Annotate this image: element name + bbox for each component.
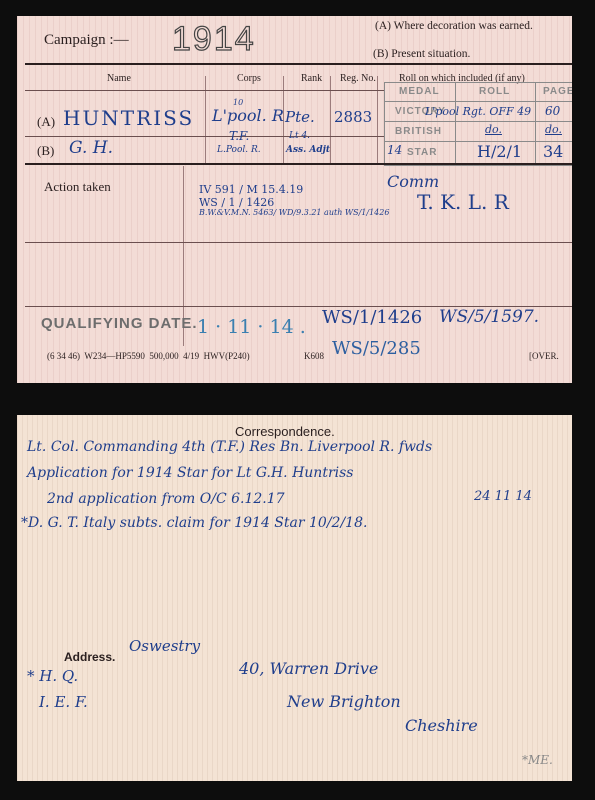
roll-table: MEDAL ROLL PAGE VICTORY L'pool Rgt. OFF … — [384, 82, 572, 166]
address-hq: * H. Q. — [27, 667, 78, 685]
header-rank: Rank — [301, 73, 322, 84]
roll-star: H/2/1 — [477, 142, 522, 161]
correspondence-line-2: Application for 1914 Star for Lt G.H. Hu… — [27, 465, 354, 481]
campaign-year-stamp: 1914 — [172, 20, 256, 59]
corps-b: T.F. — [229, 129, 249, 143]
qualifying-date-label: QUALIFYING DATE. — [41, 315, 198, 332]
roll-victory: L'pool Rgt. OFF 49 — [425, 105, 531, 118]
correspondence-line-1: Lt. Col. Commanding 4th (T.F.) Res Bn. L… — [27, 439, 432, 455]
divider — [25, 136, 385, 137]
corps-b-line2: L.Pool. R. — [217, 145, 261, 155]
address-ief: I. E. F. — [39, 693, 88, 711]
medal-card-front: Campaign :— 1914 (A) Where decoration wa… — [17, 16, 572, 383]
campaign-label: Campaign :— — [44, 32, 129, 49]
qualifying-date: 1 · 11 · 14 . — [197, 316, 306, 338]
surname: HUNTRISS — [63, 106, 194, 130]
medal-card-back: Correspondence. Lt. Col. Commanding 4th … — [17, 415, 572, 781]
medal-star: STAR — [407, 147, 437, 158]
star-prefix: 14 — [387, 143, 402, 157]
divider — [25, 90, 385, 91]
header-reg-no: Reg. No. — [340, 73, 376, 84]
rank-b: Lt 4. — [289, 131, 310, 141]
header-corps: Corps — [237, 73, 261, 84]
ref-ws-5-285: WS/5/285 — [332, 338, 421, 359]
forenames: G. H. — [69, 138, 113, 158]
page-star: 34 — [543, 142, 563, 161]
print-code: (6 34 46) W234—HP5590 500,000 4/19 HWV(P… — [47, 351, 250, 361]
correspondence-line-4: *D. G. T. Italy subts. claim for 1914 St… — [21, 515, 367, 531]
action-tklr: T. K. L. R — [417, 190, 509, 214]
divider — [25, 63, 572, 65]
medal-british: BRITISH — [395, 126, 442, 137]
address-county: Cheshire — [405, 716, 478, 735]
ref-ws-5-1597: WS/5/1597. — [439, 307, 539, 327]
roll-header-medal: MEDAL — [399, 86, 440, 97]
page-victory: 60 — [545, 104, 560, 118]
address-oswestry: Oswestry — [129, 637, 200, 655]
reg-no: 2883 — [334, 108, 372, 126]
clerk-initials: *ME. — [522, 753, 553, 767]
address-label: Address. — [64, 650, 115, 664]
divider — [25, 242, 572, 243]
row-a-prefix: (A) — [37, 114, 55, 130]
form-code: K608 — [304, 351, 324, 361]
page-british: do. — [545, 123, 562, 136]
action-taken-label: Action taken — [44, 179, 111, 195]
header-name: Name — [107, 73, 131, 84]
correspondence-date: 24 11 14 — [474, 489, 532, 504]
row-b-prefix: (B) — [37, 143, 54, 159]
roll-header-page: PAGE — [543, 86, 572, 97]
divider — [25, 163, 572, 165]
corps-a: L'pool. R — [212, 106, 284, 125]
rank-a: Pte. — [285, 108, 315, 126]
action-comm: Comm — [387, 172, 439, 191]
rank-b-line2: Ass. Adjt — [286, 145, 330, 155]
action-line-1: IV 591 / M 15.4.19 — [199, 183, 303, 196]
address-town: New Brighton — [287, 692, 401, 711]
address-street: 40, Warren Drive — [239, 659, 378, 678]
correspondence-line-3: 2nd application from O/C 6.12.17 — [47, 491, 285, 507]
where-earned-label: (A) Where decoration was earned. — [375, 20, 533, 32]
roll-header-roll: ROLL — [479, 86, 510, 97]
action-line-3: B.W.&V.M.N. 5463/ WD/9.3.21 auth WS/1/14… — [199, 208, 389, 217]
ref-ws-1-1426: WS/1/1426 — [322, 307, 422, 328]
correspondence-label: Correspondence. — [235, 424, 335, 439]
over-label: [OVER. — [529, 351, 559, 361]
present-situation-label: (B) Present situation. — [373, 48, 470, 60]
roll-british: do. — [485, 123, 502, 136]
